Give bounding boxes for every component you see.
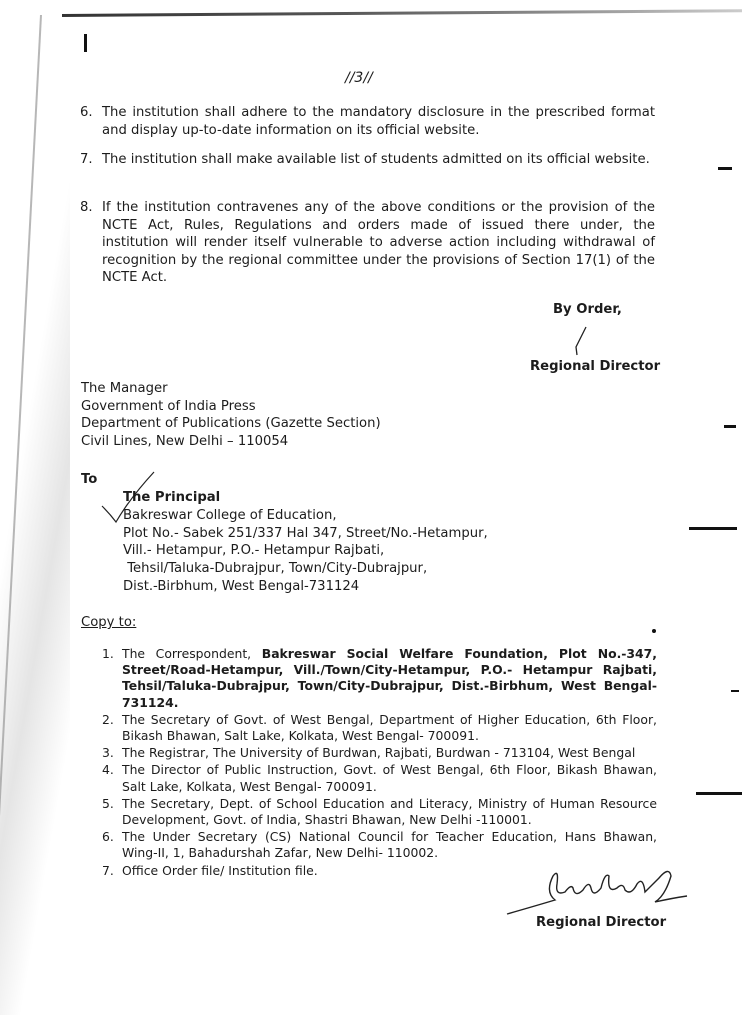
condition-item: 6. The institution shall adhere to the m… <box>80 104 655 139</box>
address-line: The Manager <box>81 380 381 398</box>
item-text: The Secretary of Govt. of West Bengal, D… <box>122 712 657 743</box>
copy-to-item: 6. The Under Secretary (CS) National Cou… <box>102 829 657 861</box>
copy-to-item: 3. The Registrar, The University of Burd… <box>102 745 657 761</box>
manager-address: The Manager Government of India Press De… <box>81 380 381 450</box>
item-number: 6. <box>102 829 114 845</box>
item-number: 1. <box>102 646 114 662</box>
scan-mark <box>718 167 732 170</box>
recipient-address: The Principal Bakreswar College of Educa… <box>123 489 488 596</box>
address-line: Plot No.- Sabek 251/337 Hal 347, Street/… <box>123 525 488 543</box>
scan-mark <box>731 690 739 692</box>
condition-item: 8. If the institution contravenes any of… <box>80 199 655 287</box>
by-order-label: By Order, <box>553 302 622 317</box>
to-label: To <box>81 472 97 487</box>
condition-text: If the institution contravenes any of th… <box>102 199 655 287</box>
scan-mark <box>84 34 87 52</box>
copy-to-label: Copy to: <box>81 615 136 630</box>
signatory-title: Regional Director <box>536 915 666 930</box>
scan-mark <box>652 629 656 633</box>
copy-to-item: 1. The Correspondent, Bakreswar Social W… <box>102 646 657 711</box>
item-text: The Correspondent, <box>122 646 262 661</box>
recipient-title: The Principal <box>123 489 488 507</box>
copy-to-item: 4. The Director of Public Instruction, G… <box>102 762 657 794</box>
address-line: Department of Publications (Gazette Sect… <box>81 415 381 433</box>
initial-stroke <box>566 325 590 357</box>
copy-to-list: 1. The Correspondent, Bakreswar Social W… <box>102 646 657 880</box>
item-text: The Registrar, The University of Burdwan… <box>122 745 635 760</box>
handwritten-signature <box>505 862 695 922</box>
signatory-title: Regional Director <box>530 359 660 374</box>
condition-text: The institution shall adhere to the mand… <box>102 104 655 139</box>
item-number: 5. <box>102 796 114 812</box>
address-line: Dist.-Birbhum, West Bengal-731124 <box>123 578 488 596</box>
condition-number: 6. <box>80 104 93 122</box>
item-text: The Director of Public Instruction, Govt… <box>122 762 657 793</box>
condition-number: 7. <box>80 151 93 169</box>
address-line: Bakreswar College of Education, <box>123 507 488 525</box>
address-line: Tehsil/Taluka-Dubrajpur, Town/City-Dubra… <box>123 560 488 578</box>
address-line: Vill.- Hetampur, P.O.- Hetampur Rajbati, <box>123 542 488 560</box>
item-number: 7. <box>102 863 114 879</box>
address-line: Civil Lines, New Delhi – 110054 <box>81 433 381 451</box>
item-number: 4. <box>102 762 114 778</box>
page-marker: //3// <box>345 70 373 86</box>
item-number: 3. <box>102 745 114 761</box>
scan-mark <box>696 792 742 795</box>
condition-text: The institution shall make available lis… <box>102 151 655 169</box>
condition-item: 7. The institution shall make available … <box>80 151 655 169</box>
item-number: 2. <box>102 712 114 728</box>
copy-to-item: 2. The Secretary of Govt. of West Bengal… <box>102 712 657 744</box>
scanned-document-page: //3// 6. The institution shall adhere to… <box>0 0 745 1024</box>
scan-edge-shadow-left <box>0 15 70 1015</box>
address-line: Government of India Press <box>81 398 381 416</box>
item-text: The Under Secretary (CS) National Counci… <box>122 829 657 860</box>
scan-mark <box>689 527 737 530</box>
scan-mark <box>724 425 736 428</box>
item-text: The Secretary, Dept. of School Education… <box>122 796 657 827</box>
item-text: Office Order file/ Institution file. <box>122 863 318 878</box>
scan-edge-top <box>62 9 742 17</box>
condition-number: 8. <box>80 199 93 217</box>
copy-to-item: 5. The Secretary, Dept. of School Educat… <box>102 796 657 828</box>
